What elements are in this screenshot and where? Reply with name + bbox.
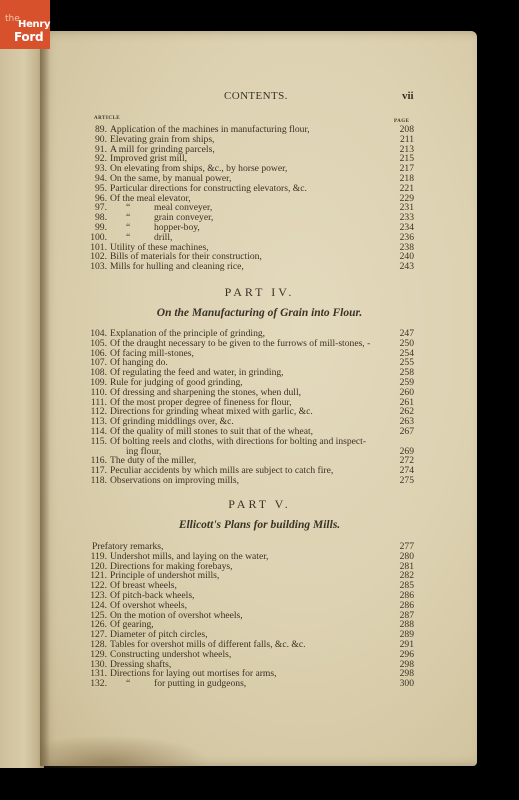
ditto-mark: “ — [126, 679, 130, 689]
logo-ford: Ford — [14, 31, 43, 43]
article-number: 103. — [82, 262, 107, 272]
henry-ford-logo: the Henry Ford — [0, 0, 50, 49]
entry-title: Mills for hulling and cleaning rice, — [110, 262, 244, 272]
entry-title: Of bolting reels and cloths, with direct… — [110, 437, 380, 457]
article-column-label: ARTICLE — [94, 116, 120, 121]
toc-entry: 131.Directions for laying out mortises f… — [82, 669, 416, 679]
toc-entry: 98.“grain conveyer,233 — [82, 213, 416, 223]
entry-title: for putting in gudgeons, — [154, 679, 246, 689]
entry-page-number: 243 — [386, 262, 414, 272]
part-iv-heading: PART IV. — [0, 285, 519, 300]
contents-section-part-v: Prefatory remarks,277119.Undershot mills… — [82, 542, 416, 689]
toc-entry: 99.“hopper-boy,234 — [82, 223, 416, 233]
article-number: 132. — [82, 679, 107, 689]
entry-page-number: 267 — [386, 427, 414, 437]
article-number: 115. — [82, 437, 107, 447]
contents-section-continued: 89.Application of the machines in manufa… — [82, 125, 416, 272]
previous-page-edge — [0, 44, 44, 768]
page-stain — [40, 735, 210, 768]
contents-section-part-iv: 104.Explanation of the principle of grin… — [82, 329, 416, 486]
part-iv-subtitle: On the Manufacturing of Grain into Flour… — [0, 307, 519, 319]
toc-entry: 118.Observations on improving mills,275 — [82, 476, 416, 486]
article-number: 118. — [82, 476, 107, 486]
toc-entry: 96.Of the meal elevator,229 — [82, 194, 416, 204]
part-v-subtitle: Ellicott's Plans for building Mills. — [0, 519, 519, 531]
logo-henry: Henry — [18, 20, 50, 30]
page-title: CONTENTS. — [224, 90, 288, 102]
entry-page-number: 275 — [386, 476, 414, 486]
toc-entry: 115.Of bolting reels and cloths, with di… — [82, 437, 416, 457]
entry-title: Observations on improving mills, — [110, 476, 239, 486]
part-v-heading: PART V. — [0, 497, 519, 512]
gutter-shadow — [40, 31, 50, 766]
toc-entry: 97.“meal conveyer,231 — [82, 203, 416, 213]
toc-entry: 132.“for putting in gudgeons,300 — [82, 679, 416, 689]
entry-page-number: 300 — [386, 679, 414, 689]
toc-entry: 103.Mills for hulling and cleaning rice,… — [82, 262, 416, 272]
page-number: vii — [402, 90, 414, 102]
